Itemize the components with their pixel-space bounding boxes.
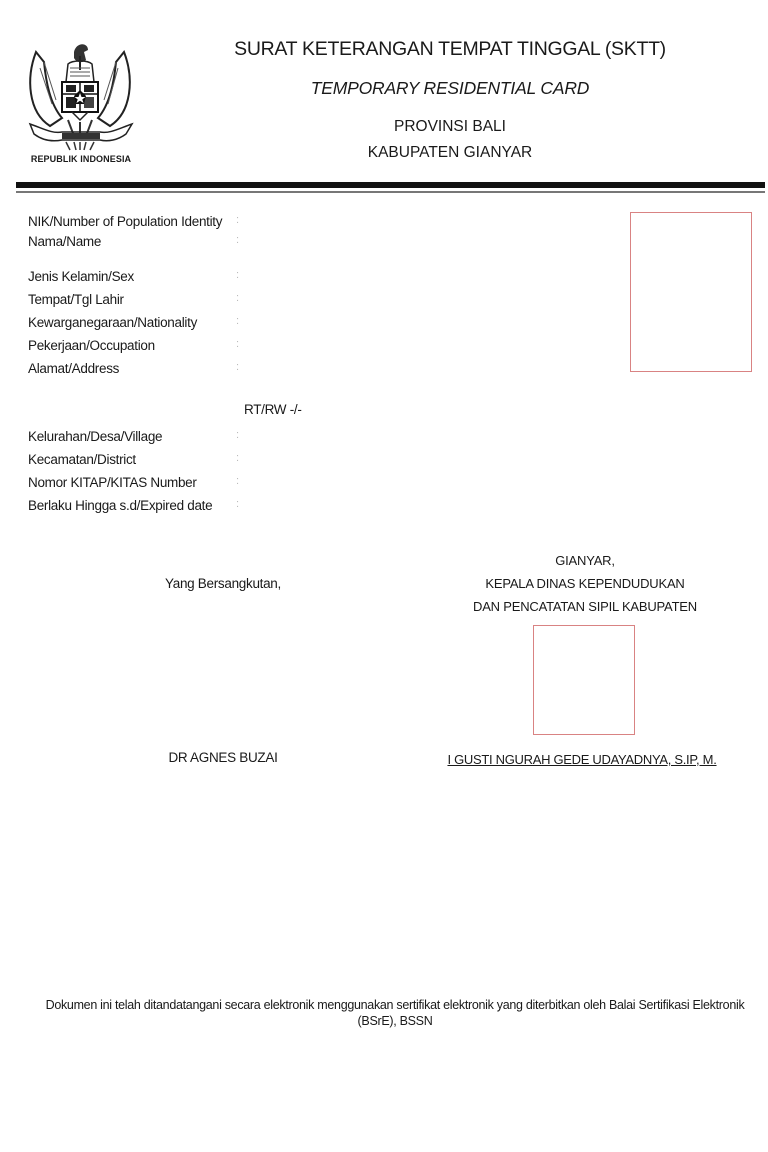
field-colon: : <box>236 361 239 373</box>
field-label: Kewarganegaraan/Nationality <box>28 315 197 330</box>
field-label: NIK/Number of Population Identity <box>28 214 222 229</box>
holder-heading: Yang Bersangkutan, <box>130 576 316 591</box>
emblem-caption: REPUBLIK INDONESIA <box>22 154 140 164</box>
field-label: Nama/Name <box>28 234 101 249</box>
field-label: Kelurahan/Desa/Village <box>28 429 162 444</box>
signing-place: GIANYAR, <box>440 553 730 568</box>
province-heading: PROVINSI BALI <box>200 118 700 136</box>
field-colon: : <box>236 269 239 281</box>
field-label: Kecamatan/District <box>28 452 136 467</box>
field-label: Nomor KITAP/KITAS Number <box>28 475 197 490</box>
official-name: I GUSTI NGURAH GEDE UDAYADNYA, S.IP, M. <box>424 752 740 767</box>
field-label: Alamat/Address <box>28 361 119 376</box>
field-name: Nama/Name : <box>28 234 618 252</box>
signature-frame <box>533 625 635 735</box>
field-colon: : <box>236 498 239 510</box>
regency-heading: KABUPATEN GIANYAR <box>200 144 700 162</box>
field-colon: : <box>236 452 239 464</box>
field-colon: : <box>236 234 239 246</box>
field-occupation: Pekerjaan/Occupation : <box>28 338 618 356</box>
official-role-line1: KEPALA DINAS KEPENDUDUKAN <box>440 576 730 591</box>
field-colon: : <box>236 475 239 487</box>
field-nik: NIK/Number of Population Identity : <box>28 214 618 232</box>
official-role-line2: DAN PENCATATAN SIPIL KABUPATEN <box>440 599 730 614</box>
field-colon: : <box>236 292 239 304</box>
field-colon: : <box>236 429 239 441</box>
holder-name: DR AGNES BUZAI <box>130 750 316 765</box>
field-expired-date: Berlaku Hingga s.d/Expired date : <box>28 498 618 516</box>
document-title: SURAT KETERANGAN TEMPAT TINGGAL (SKTT) <box>200 38 700 61</box>
field-village: Kelurahan/Desa/Village : <box>28 429 618 447</box>
field-birth: Tempat/Tgl Lahir : <box>28 292 618 310</box>
rt-rw: RT/RW -/- <box>244 402 302 417</box>
field-label: Tempat/Tgl Lahir <box>28 292 124 307</box>
header-divider-thin <box>16 191 765 193</box>
field-district: Kecamatan/District : <box>28 452 618 470</box>
field-colon: : <box>236 338 239 350</box>
field-kitas-number: Nomor KITAP/KITAS Number : <box>28 475 618 493</box>
document-subtitle: TEMPORARY RESIDENTIAL CARD <box>200 78 700 99</box>
field-nationality: Kewarganegaraan/Nationality : <box>28 315 618 333</box>
photo-frame <box>630 212 752 372</box>
field-label: Jenis Kelamin/Sex <box>28 269 134 284</box>
garuda-emblem-icon <box>22 38 138 166</box>
field-colon: : <box>236 214 239 226</box>
field-label: Pekerjaan/Occupation <box>28 338 155 353</box>
electronic-signature-note: Dokumen ini telah ditandatangani secara … <box>30 997 760 1029</box>
field-label: Berlaku Hingga s.d/Expired date <box>28 498 212 513</box>
field-colon: : <box>236 315 239 327</box>
field-sex: Jenis Kelamin/Sex : <box>28 269 618 287</box>
field-address: Alamat/Address : <box>28 361 618 379</box>
header-divider-thick <box>16 182 765 188</box>
